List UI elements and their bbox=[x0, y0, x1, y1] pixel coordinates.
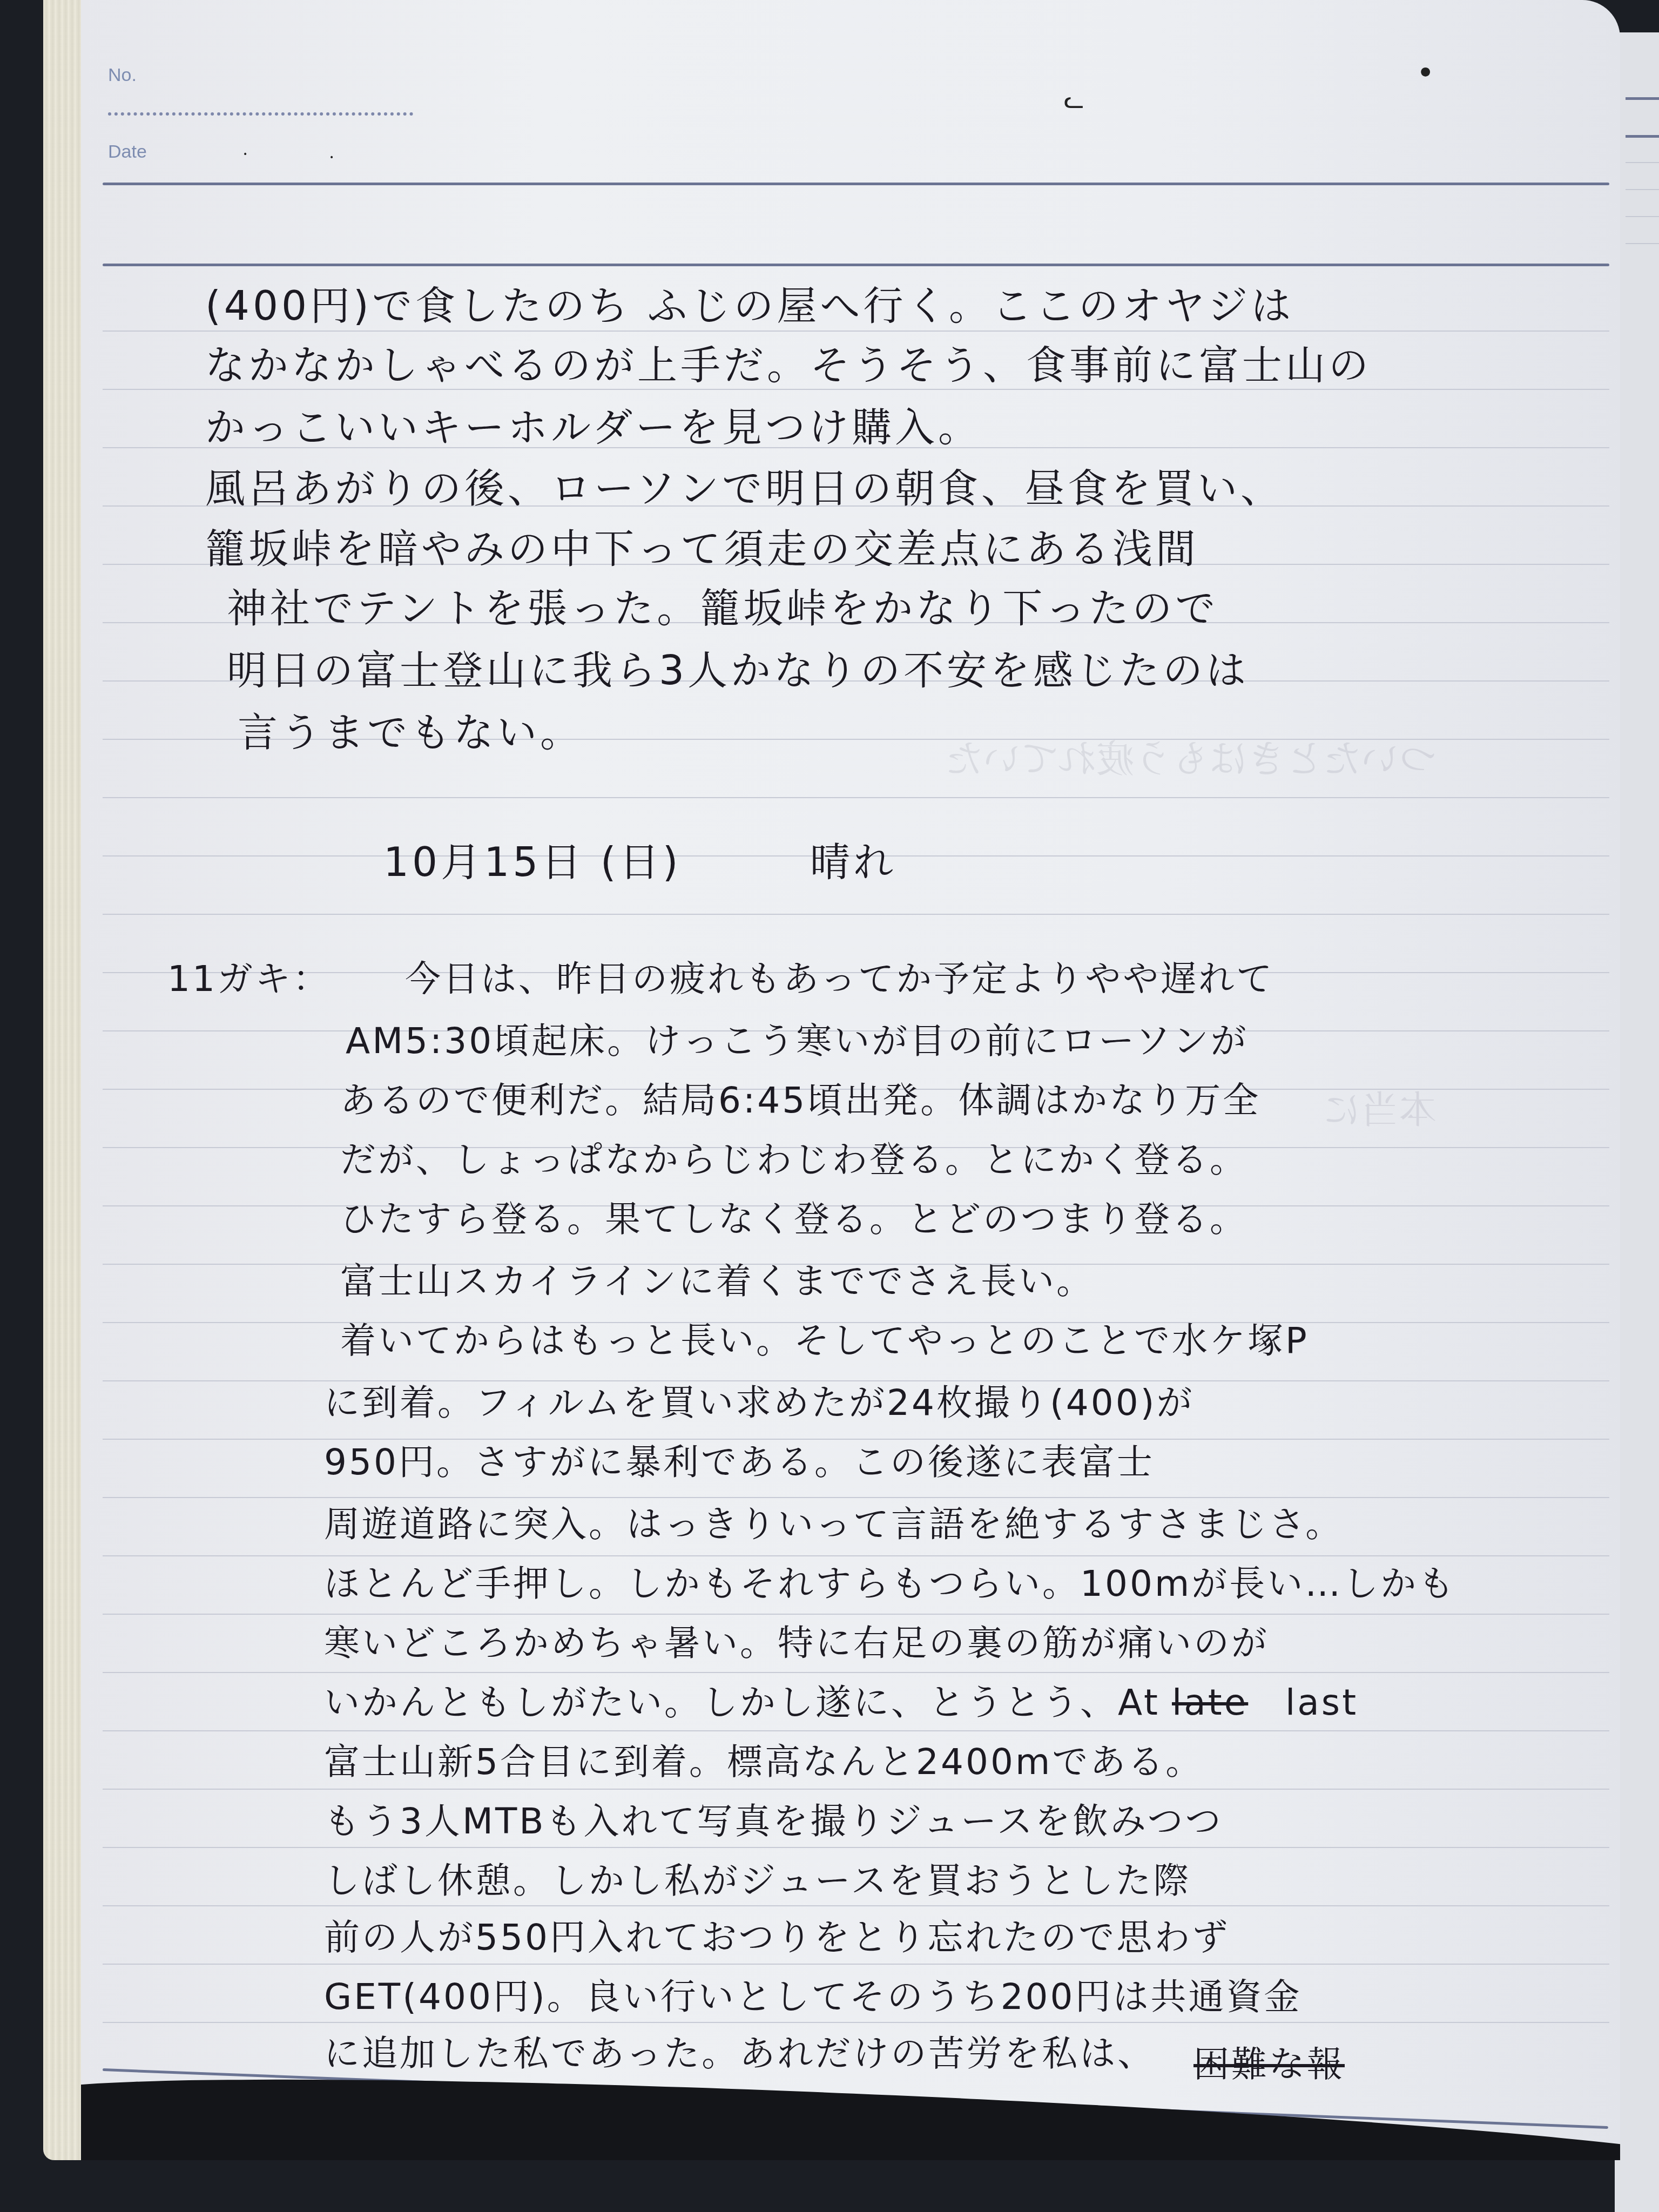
diary-line: ほとんど手押し。しかもそれすらもつらい。100mが長い…しかも bbox=[324, 1566, 1456, 1602]
entry-speaker: 11ガキ： bbox=[167, 961, 331, 997]
diary-line: 言うまでもない。 bbox=[238, 713, 583, 753]
diary-line: かっこいいキーホルダーを見つけ購入。 bbox=[205, 408, 981, 448]
diary-line: しばし休憩。しかし私がジュースを買おうとした際 bbox=[324, 1863, 1191, 1899]
date-dot: • bbox=[329, 153, 334, 162]
diary-line: GET(400円)。良い行いとしてそのうち200円は共通資金 bbox=[324, 1979, 1302, 2015]
diary-line: に到着。フィルムを買い求めたが24枚撮り(400)が bbox=[324, 1385, 1195, 1421]
pen-scribble-mark: ᓚ bbox=[1064, 86, 1084, 114]
diary-line: 寒いどころかめちゃ暑い。特に右足の裏の筋が痛いのが bbox=[324, 1626, 1269, 1661]
diary-line: (400円)で食したのち ふじの屋へ行く。ここのオヤジは bbox=[205, 286, 1294, 326]
bleed-through-text: 本当に bbox=[1323, 1080, 1437, 1135]
diary-line: 風呂あがりの後、ローソンで明日の朝食、昼食を買い、 bbox=[205, 469, 1284, 509]
diary-line: 富士山新5合目に到着。標高なんと2400mである。 bbox=[324, 1744, 1203, 1780]
english-word-last: last bbox=[1285, 1685, 1358, 1721]
diary-line: 神社でテントを張った。籠坂峠をかなり下ったので bbox=[227, 589, 1218, 629]
diary-line: なかなかしゃべるのが上手だ。そうそう、食事前に富士山の bbox=[205, 346, 1372, 386]
diary-line: 前の人が550円入れておつりをとり忘れたので思わず bbox=[324, 1920, 1230, 1955]
notebook-page: No. Date • • ᓚ ● bbox=[81, 0, 1620, 2160]
diary-line: に追加した私であった。あれだけの苦労を私は、 bbox=[324, 2036, 1155, 2072]
entry-weather: 晴れ bbox=[810, 842, 896, 882]
no-field-line bbox=[108, 112, 413, 116]
diary-line: あるので便利だ。結局6:45頃出発。体調はかなり万全 bbox=[340, 1083, 1260, 1118]
diary-line: 950円。さすがに暴利である。この後遂に表富士 bbox=[324, 1445, 1155, 1480]
ink-dot: ● bbox=[1420, 65, 1431, 78]
body-top-rule bbox=[103, 264, 1609, 266]
no-label: No. bbox=[108, 65, 137, 86]
diary-line: 今日は、昨日の疲れもあってか予定よりやや遅れて bbox=[405, 961, 1274, 997]
notebook-photo: No. Date • • ᓚ ● bbox=[0, 0, 1659, 2212]
bottom-rule bbox=[103, 2068, 1608, 2129]
diary-line: ひたすら登る。果てしなく登る。とどのつまり登る。 bbox=[340, 1202, 1247, 1237]
diary-line: 富士山スカイラインに着くまででさえ長い。 bbox=[340, 1264, 1094, 1299]
diary-line: いかんともしがたい。しかし遂に、とうとう、At bbox=[324, 1685, 1160, 1721]
diary-line: 籠坂峠を暗やみの中下って須走の交差点にある浅間 bbox=[205, 529, 1199, 569]
diary-line: 着いてからはもっと長い。そしてやっとのことで水ケ塚P bbox=[340, 1323, 1309, 1359]
date-label: Date bbox=[108, 141, 147, 163]
diary-line: AM5:30頃起床。けっこう寒いが目の前にローソンが bbox=[346, 1023, 1249, 1059]
diary-line: もう3人MTBも入れて写真を撮りジュースを飲みつつ bbox=[324, 1804, 1223, 1839]
crossed-out-word: late bbox=[1172, 1685, 1248, 1721]
crossed-out-text: 困難な報 bbox=[1193, 2047, 1345, 2082]
date-dot: • bbox=[243, 150, 247, 159]
next-page-edge bbox=[1615, 32, 1659, 2212]
bleed-through-text: ついたときはもう疲れていた bbox=[945, 729, 1437, 784]
entry-date: 10月15日 (日) bbox=[383, 842, 682, 882]
diary-line: 明日の富士登山に我ら3人かなりの不安を感じたのは bbox=[227, 651, 1249, 691]
diary-line: だが、しょっぱなからじわじわ登る。とにかく登る。 bbox=[340, 1142, 1247, 1178]
diary-line: 周遊道路に突入。はっきりいって言語を絶するすさまじさ。 bbox=[324, 1507, 1343, 1542]
header-rule bbox=[103, 183, 1609, 185]
